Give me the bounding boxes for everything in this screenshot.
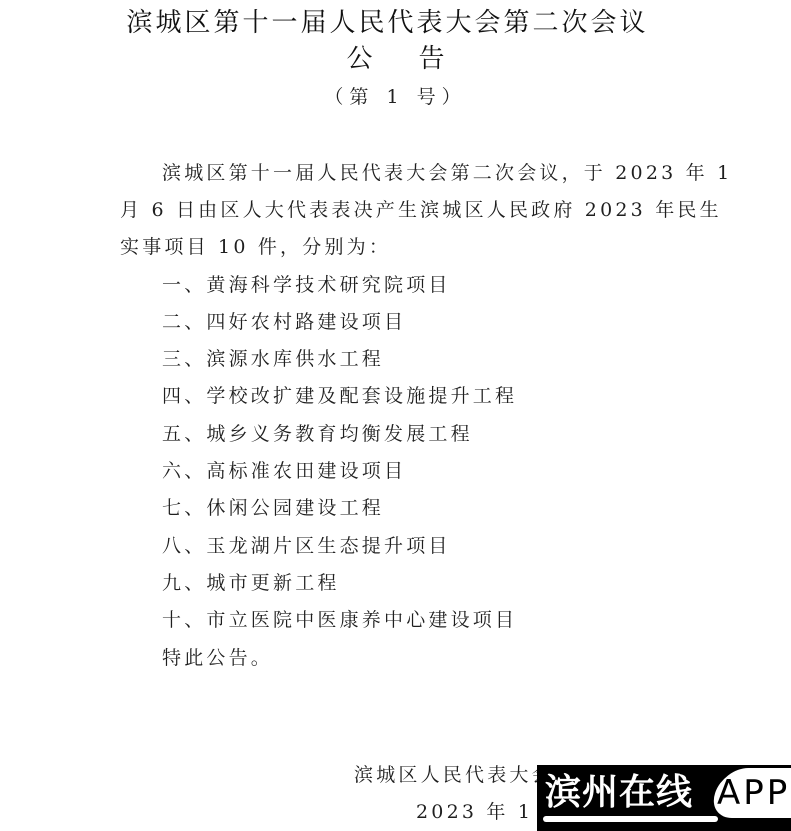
project-item: 七、休闲公园建设工程 (162, 493, 384, 520)
subtitle-char-2: 告 (419, 38, 445, 75)
closing-text: 特此公告。 (162, 643, 273, 670)
document-title: 滨城区第十一届人民代表大会第二次会议 (0, 2, 783, 39)
project-item: 三、滨源水库供水工程 (162, 344, 384, 371)
project-item: 五、城乡义务教育均衡发展工程 (162, 419, 473, 446)
project-item: 八、玉龙湖片区生态提升项目 (162, 531, 451, 558)
project-item: 九、城市更新工程 (162, 568, 340, 595)
project-item: 二、四好农村路建设项目 (162, 307, 406, 334)
project-item: 四、学校改扩建及配套设施提升工程 (162, 381, 517, 408)
notice-number: （第 1 号） (0, 82, 791, 109)
project-item: 一、黄海科学技术研究院项目 (162, 270, 451, 297)
paragraph-line-2: 月 6 日由区人大代表表决产生滨城区人民政府 2023 年民生 (120, 195, 722, 222)
project-item: 六、高标准农田建设项目 (162, 456, 406, 483)
paragraph-line-3: 实事项目 10 件，分别为： (120, 232, 391, 259)
signature-org: 滨城区人民代表大会 (354, 760, 554, 787)
project-item: 十、市立医院中医康养中心建设项目 (162, 605, 517, 632)
subtitle-char-1: 公 (346, 38, 372, 75)
watermark-app-text: APP (717, 773, 790, 813)
watermark-brand-text: 滨州在线 (545, 771, 693, 815)
document-subtitle: 公告 (0, 38, 791, 75)
watermark-logo: 滨州在线 APP (537, 765, 791, 831)
paragraph-line-1: 滨城区第十一届人民代表大会第二次会议，于 2023 年 1 (162, 158, 732, 185)
watermark-underline (543, 816, 718, 822)
